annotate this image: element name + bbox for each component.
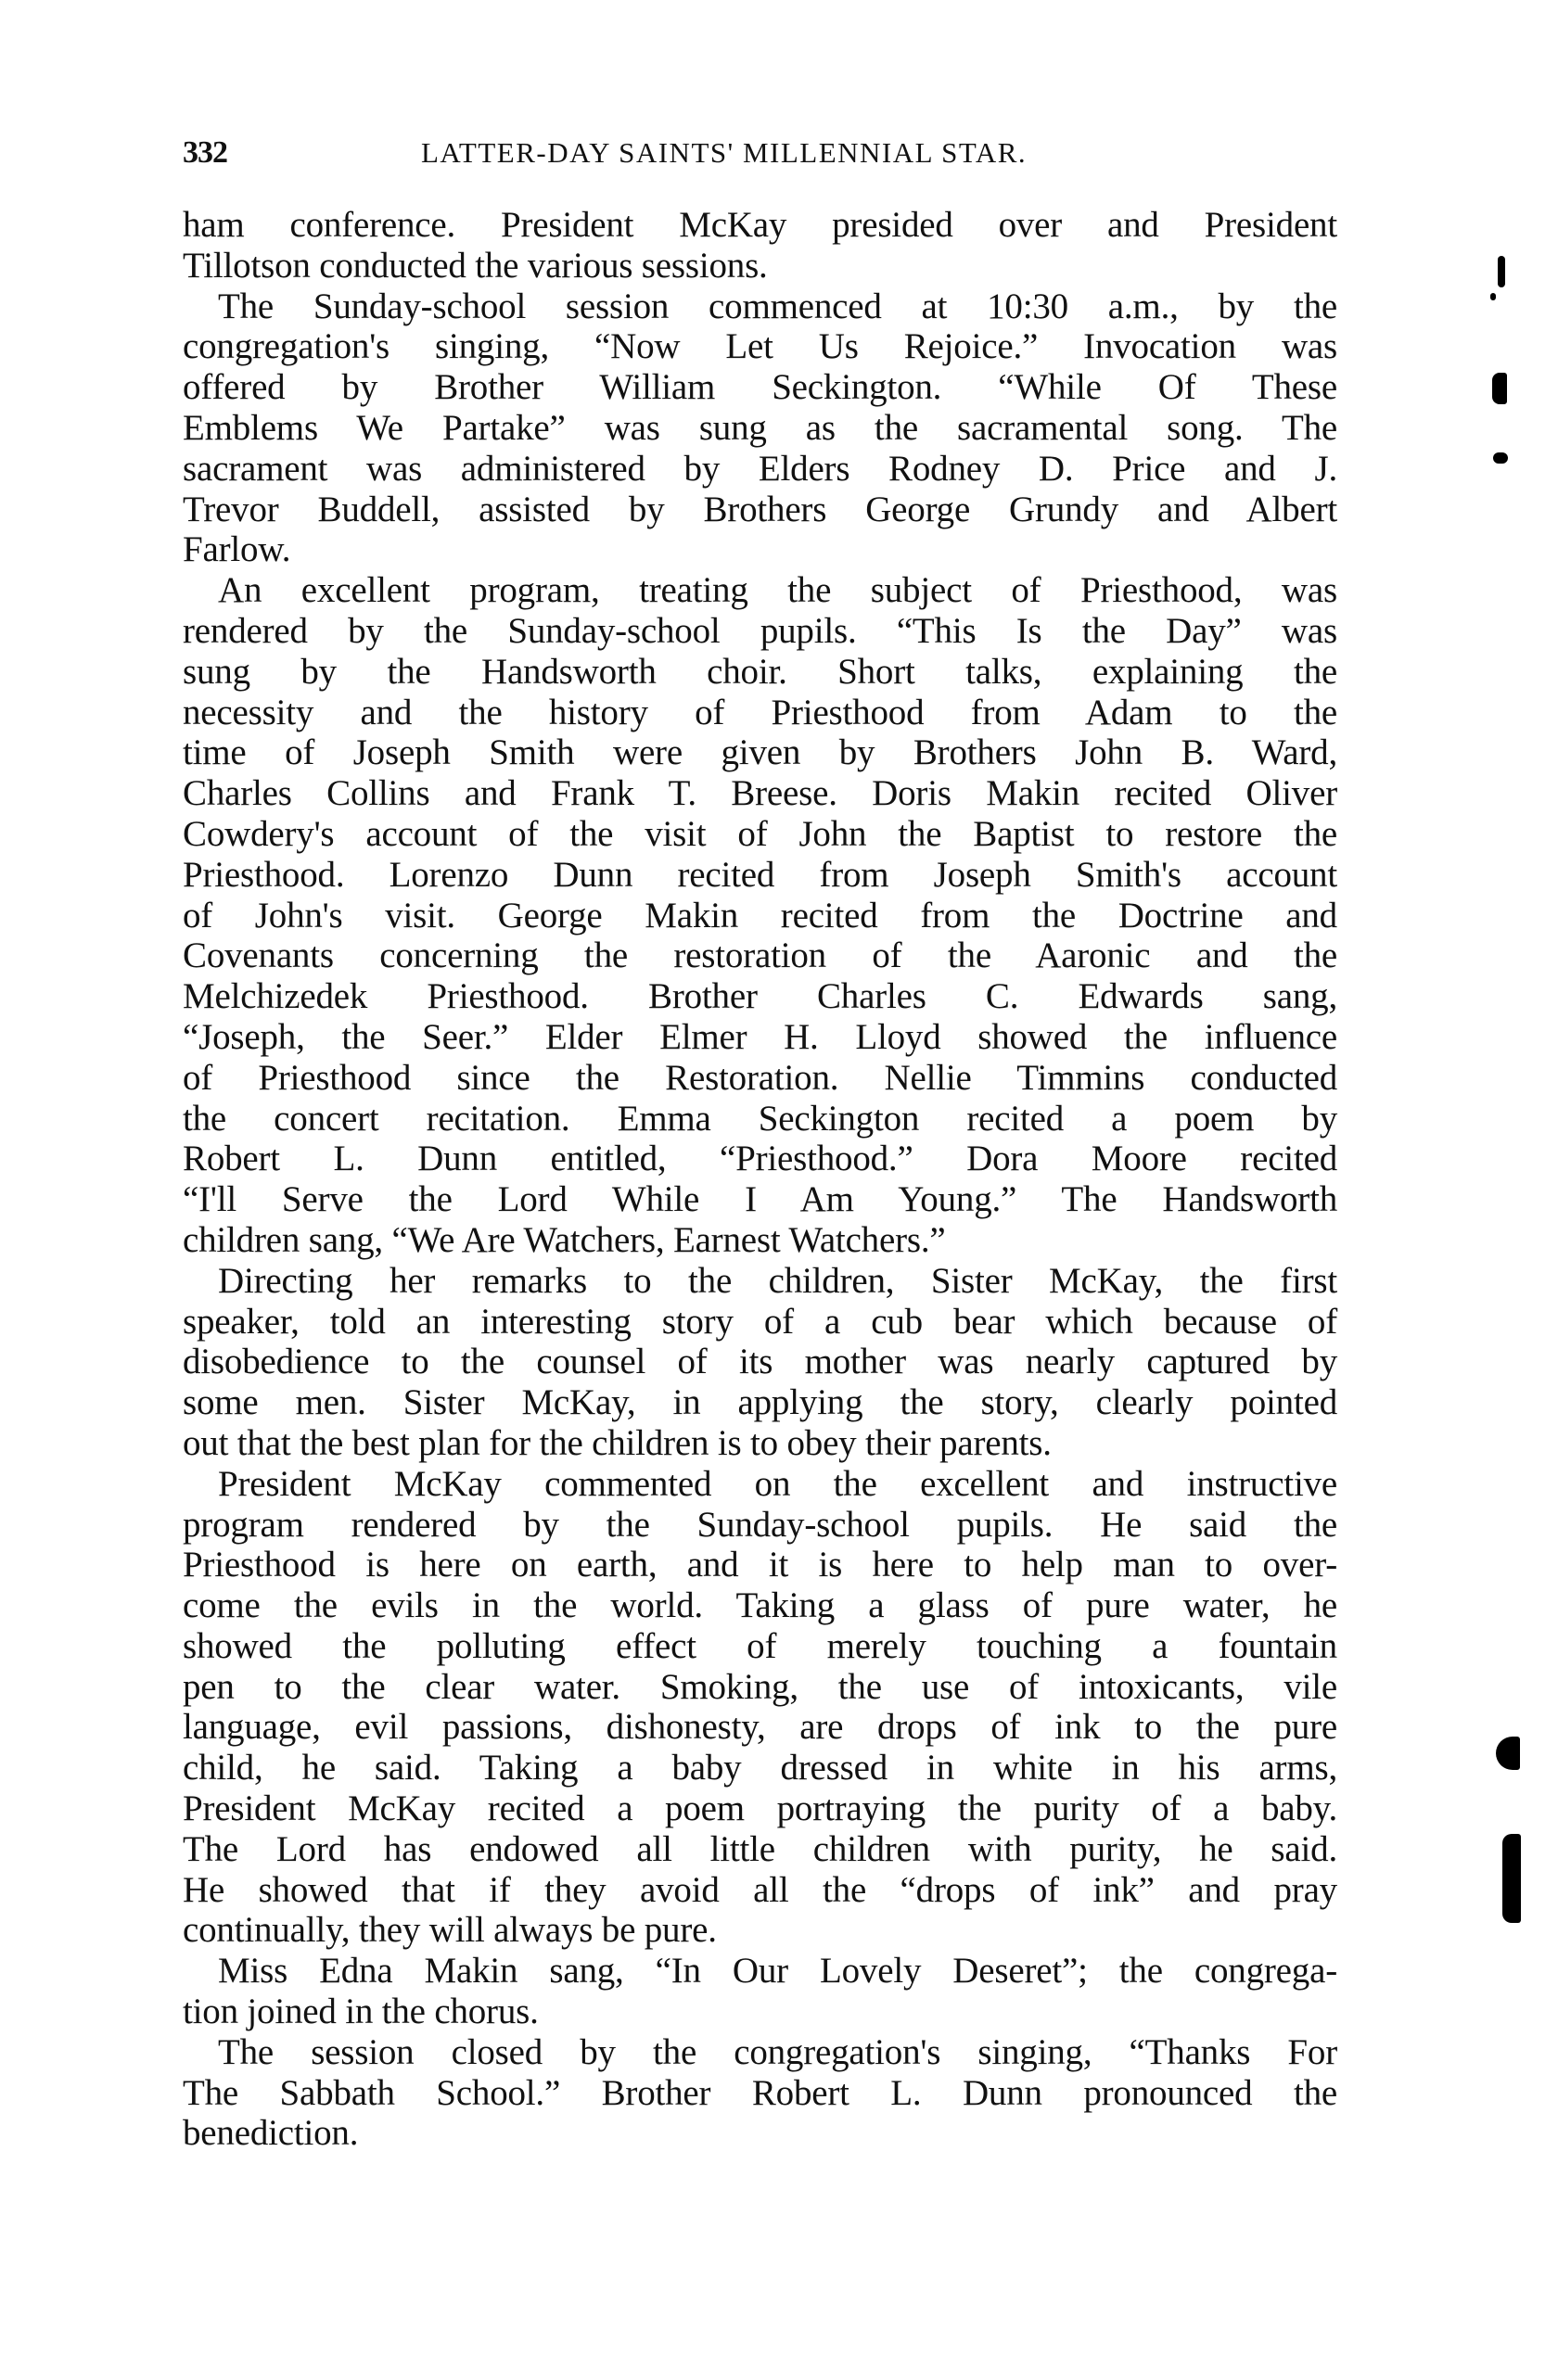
text-line: The Lord has endowed all little children… (183, 1829, 1337, 1870)
ink-blot-mark (1498, 256, 1505, 287)
text-line: Farlow. (183, 529, 1337, 570)
text-line: Cowdery's account of the visit of John t… (183, 814, 1337, 855)
text-line: The session closed by the congregation's… (183, 2032, 1337, 2073)
text-line: Priesthood. Lorenzo Dunn recited from Jo… (183, 855, 1337, 896)
text-line: offered by Brother William Seckington. “… (183, 367, 1337, 408)
text-line: ham conference. President McKay presided… (183, 205, 1337, 246)
text-line: Robert L. Dunn entitled, “Priesthood.” D… (183, 1139, 1337, 1179)
text-line: Charles Collins and Frank T. Breese. Dor… (183, 773, 1337, 814)
journal-title: LATTER-DAY SAINTS' MILLENNIAL STAR. (421, 133, 1027, 173)
text-line: Directing her remarks to the children, S… (183, 1261, 1337, 1302)
text-line: of Priesthood since the Restoration. Nel… (183, 1058, 1337, 1099)
text-line: sung by the Handsworth choir. Short talk… (183, 652, 1337, 693)
text-line: Trevor Buddell, assisted by Brothers Geo… (183, 490, 1337, 530)
text-line: benediction. (183, 2113, 1337, 2154)
ink-blot-mark (1490, 293, 1496, 300)
text-line: The Sabbath School.” Brother Robert L. D… (183, 2073, 1337, 2114)
text-line: child, he said. Taking a baby dressed in… (183, 1748, 1337, 1788)
text-line: language, evil passions, dishonesty, are… (183, 1707, 1337, 1748)
ink-blot-mark (1496, 1737, 1520, 1770)
text-line: The Sunday-school session commenced at 1… (183, 286, 1337, 327)
text-line: children sang, “We Are Watchers, Earnest… (183, 1220, 1337, 1261)
text-line: program rendered by the Sunday-school pu… (183, 1505, 1337, 1546)
text-line: He showed that if they avoid all the “dr… (183, 1870, 1337, 1911)
text-line: Tillotson conducted the various sessions… (183, 246, 1337, 286)
page-number: 332 (183, 133, 227, 173)
text-line: Covenants concerning the restoration of … (183, 935, 1337, 976)
text-line: Melchizedek Priesthood. Brother Charles … (183, 976, 1337, 1017)
text-line: tion joined in the chorus. (183, 1992, 1337, 2032)
scanned-page: 332 LATTER-DAY SAINTS' MILLENNIAL STAR. … (0, 0, 1558, 2380)
text-line: sacrament was administered by Elders Rod… (183, 449, 1337, 490)
text-line: continually, they will always be pure. (183, 1910, 1337, 1951)
ink-blot-mark (1492, 373, 1507, 404)
text-line: pen to the clear water. Smoking, the use… (183, 1667, 1337, 1708)
text-line: disobedience to the counsel of its mothe… (183, 1342, 1337, 1382)
running-head: 332 LATTER-DAY SAINTS' MILLENNIAL STAR. (183, 133, 1337, 173)
text-line: of John's visit. George Makin recited fr… (183, 896, 1337, 936)
ink-blot-mark (1502, 1834, 1521, 1923)
text-line: some men. Sister McKay, in applying the … (183, 1382, 1337, 1423)
text-line: the concert recitation. Emma Seckington … (183, 1099, 1337, 1139)
text-line: An excellent program, treating the subje… (183, 570, 1337, 611)
text-line: Priesthood is here on earth, and it is h… (183, 1545, 1337, 1585)
text-line: come the evils in the world. Taking a gl… (183, 1585, 1337, 1626)
text-line: Emblems We Partake” was sung as the sacr… (183, 408, 1337, 449)
text-line: out that the best plan for the children … (183, 1423, 1337, 1464)
text-line: rendered by the Sunday-school pupils. “T… (183, 611, 1337, 652)
text-line: time of Joseph Smith were given by Broth… (183, 732, 1337, 773)
text-line: “Joseph, the Seer.” Elder Elmer H. Lloyd… (183, 1017, 1337, 1058)
text-line: Miss Edna Makin sang, “In Our Lovely Des… (183, 1951, 1337, 1992)
text-line: “I'll Serve the Lord While I Am Young.” … (183, 1179, 1337, 1220)
text-line: necessity and the history of Priesthood … (183, 693, 1337, 733)
text-line: speaker, told an interesting story of a … (183, 1302, 1337, 1343)
text-line: congregation's singing, “Now Let Us Rejo… (183, 326, 1337, 367)
article-body: ham conference. President McKay presided… (183, 205, 1337, 2154)
text-line: showed the polluting effect of merely to… (183, 1626, 1337, 1667)
text-line: President McKay recited a poem portrayin… (183, 1788, 1337, 1829)
ink-blot-mark (1493, 452, 1508, 464)
text-line: President McKay commented on the excelle… (183, 1464, 1337, 1505)
